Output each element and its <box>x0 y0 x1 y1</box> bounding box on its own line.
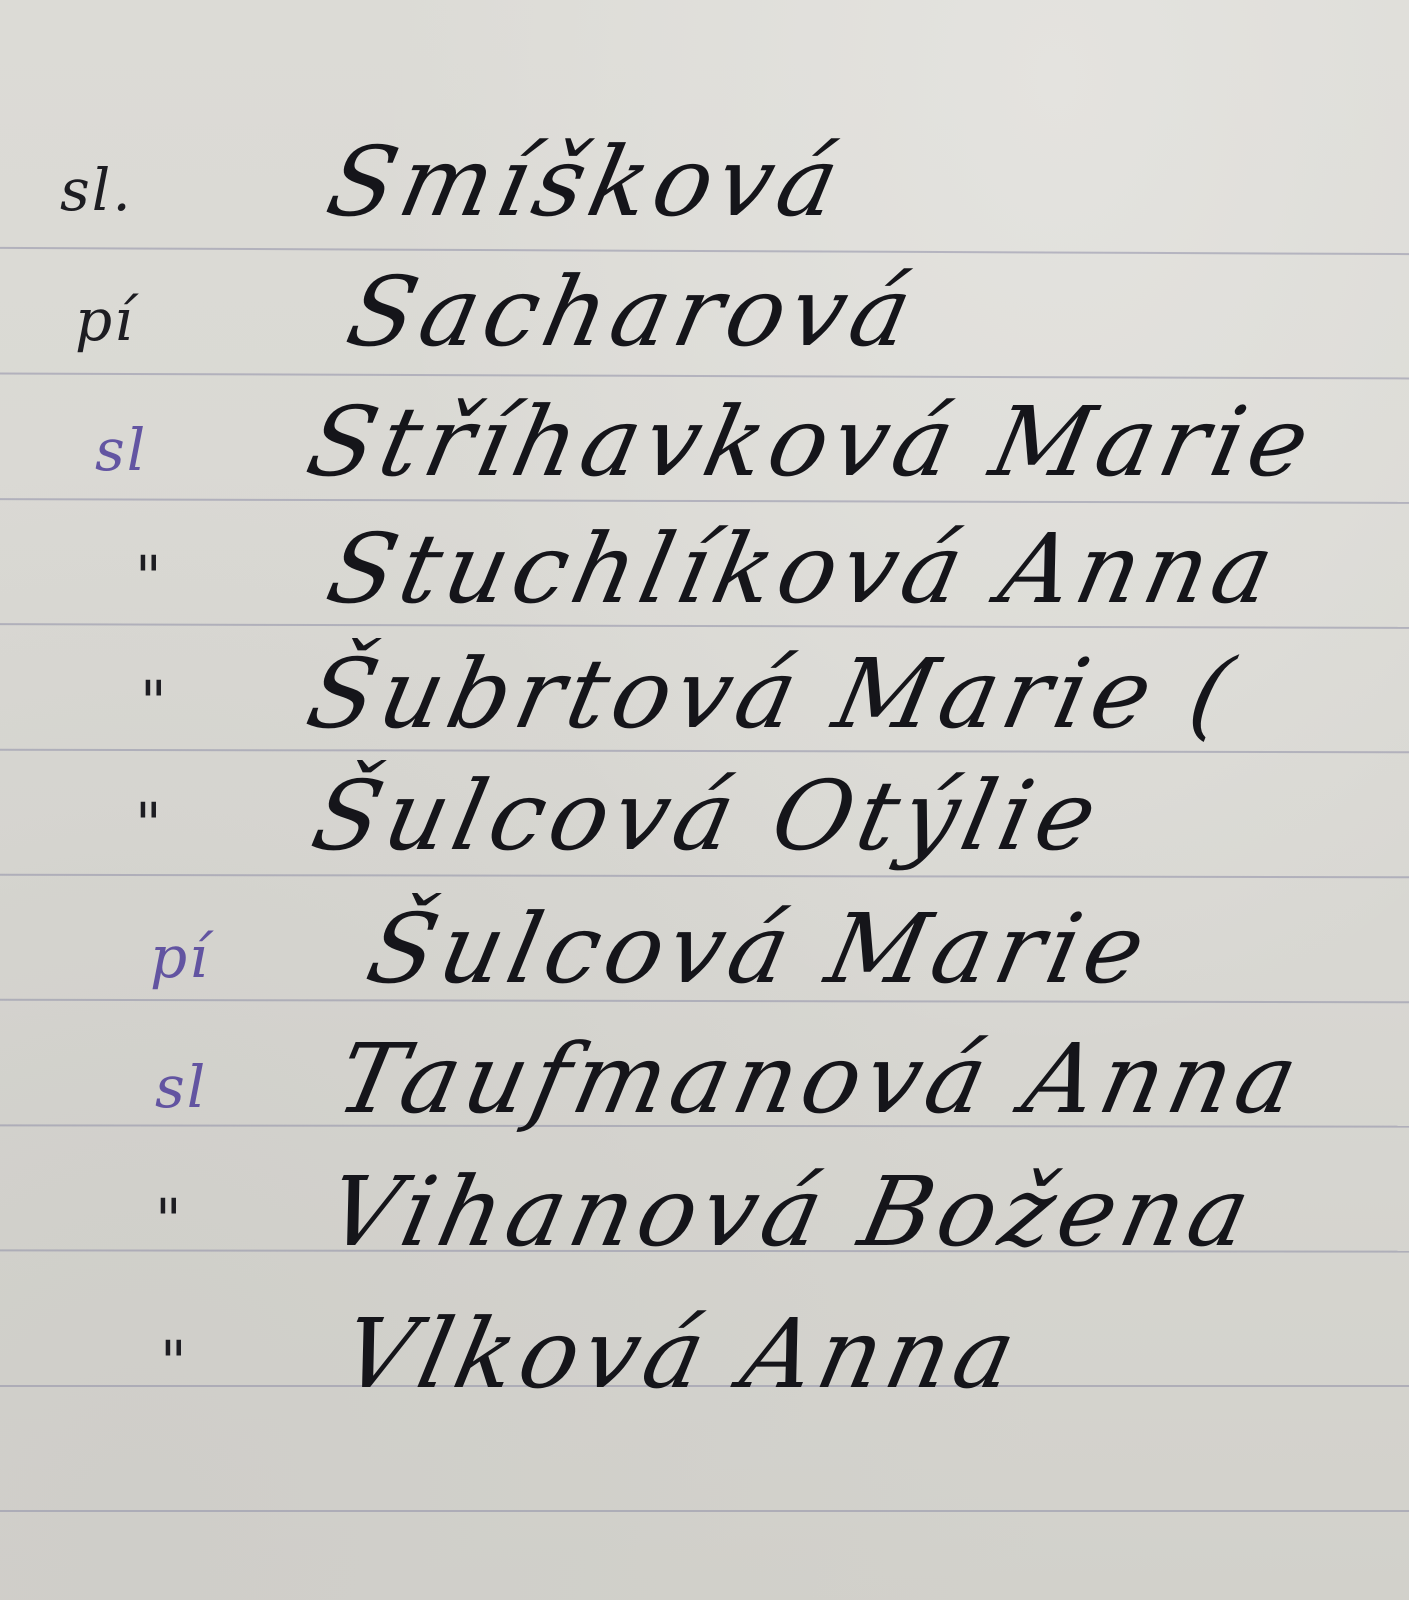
entry-prefix: " <box>140 668 169 736</box>
entry-given-name: Anna <box>733 1298 1031 1410</box>
list-entry: pí Sacharová <box>0 248 1409 368</box>
ruled-line <box>0 498 1409 504</box>
entry-prefix: sl <box>95 416 147 484</box>
list-entry: " ŠubrtováMarie( <box>0 630 1409 750</box>
entry-prefix: pí <box>150 923 210 991</box>
list-entry: " StuchlíkováAnna <box>0 505 1409 625</box>
paper-page: sl. Smíšková pí Sacharová sl Stříhavková… <box>0 0 1409 1600</box>
entry-extra: ( <box>1180 638 1247 750</box>
entry-given-name: Anna <box>991 513 1289 625</box>
ruled-line <box>0 874 1409 878</box>
list-entry: pí ŠulcováMarie <box>0 885 1409 1005</box>
entry-prefix: sl. <box>60 156 133 224</box>
entry-name: ŠubrtováMarie( <box>300 646 1246 742</box>
entry-surname: Šulcová <box>358 893 805 1005</box>
entry-prefix: sl <box>155 1053 207 1121</box>
entry-given-name: Marie <box>982 386 1325 498</box>
entry-given-name: Marie <box>825 638 1168 750</box>
entry-name: VlkováAnna <box>335 1306 1029 1402</box>
list-entry: sl. Smíšková <box>0 118 1409 238</box>
list-entry: " VihanováBožena <box>0 1148 1409 1268</box>
entry-given-name: Otýlie <box>762 760 1112 872</box>
entry-prefix: " <box>135 543 164 611</box>
entry-surname: Šulcová <box>303 760 750 872</box>
ruled-line <box>0 1510 1409 1512</box>
entry-surname: Stuchlíková <box>318 513 978 625</box>
entry-name: ŠulcováOtýlie <box>305 768 1110 864</box>
entry-name: ŠulcováMarie <box>360 901 1159 997</box>
entry-surname: Smíšková <box>318 126 854 238</box>
entry-prefix: " <box>155 1186 184 1254</box>
entry-prefix: " <box>135 790 164 858</box>
entry-name: Sacharová <box>340 264 925 360</box>
list-entry: sl TaufmanováAnna <box>0 1015 1409 1135</box>
entry-given-name: Božena <box>851 1156 1266 1268</box>
entry-surname: Sacharová <box>338 256 927 368</box>
entry-surname: Stříhavková <box>298 386 969 498</box>
entry-prefix: pí <box>75 286 135 354</box>
entry-surname: Taufmanová <box>328 1023 1002 1135</box>
list-entry: sl StříhavkováMarie <box>0 378 1409 498</box>
entry-surname: Šubrtová <box>298 638 813 750</box>
list-entry: " ŠulcováOtýlie <box>0 752 1409 872</box>
entry-name: StříhavkováMarie <box>300 394 1323 490</box>
entry-name: Smíšková <box>320 134 853 230</box>
entry-given-name: Marie <box>817 893 1160 1005</box>
entry-given-name: Anna <box>1015 1023 1313 1135</box>
entry-surname: Vihanová <box>318 1156 838 1268</box>
entry-surname: Vlková <box>333 1298 720 1410</box>
list-entry: " VlkováAnna <box>0 1290 1409 1410</box>
entry-name: VihanováBožena <box>320 1164 1264 1260</box>
entry-prefix: " <box>160 1328 189 1396</box>
entry-name: StuchlíkováAnna <box>320 521 1287 617</box>
entry-name: TaufmanováAnna <box>330 1031 1311 1127</box>
